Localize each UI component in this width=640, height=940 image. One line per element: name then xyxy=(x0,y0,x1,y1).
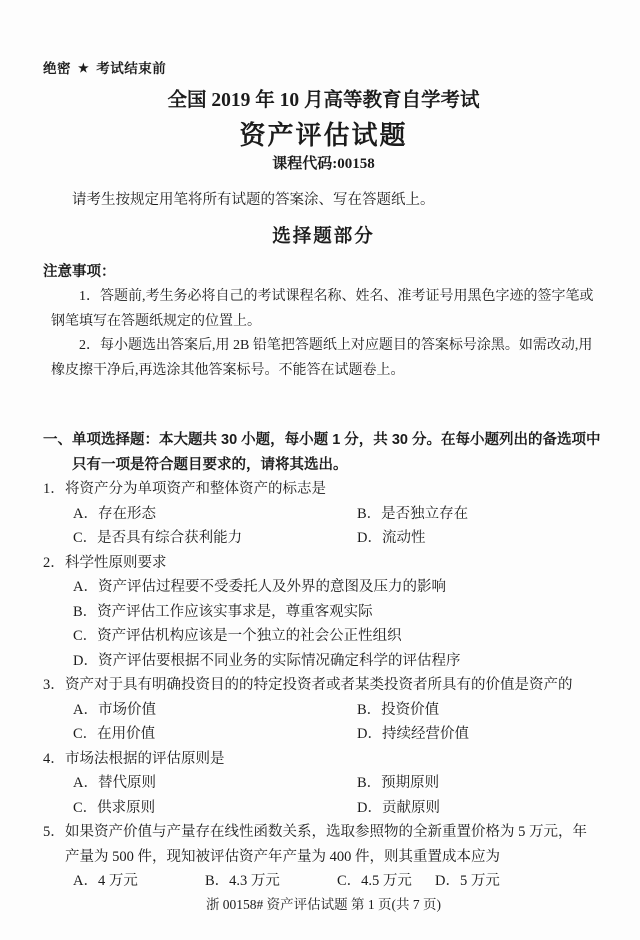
option-b: B．投资价值 xyxy=(357,698,604,723)
question-stem: 将资产分为单项资产和整体资产的标志是 xyxy=(65,477,604,502)
option-d: D．贡献原则 xyxy=(357,796,604,821)
section-part-title: 选择题部分 xyxy=(43,224,604,247)
question-stem-row: 5． 如果资产价值与产量存在线性函数关系，选取参照物的全新重置价格为 5 万元，… xyxy=(43,820,604,869)
option-a: A．4 万元 xyxy=(73,869,205,894)
question-number: 2． xyxy=(43,551,65,576)
option-b: B．4.3 万元 xyxy=(205,869,337,894)
question-stem: 科学性原则要求 xyxy=(65,551,604,576)
option-a: A．市场价值 xyxy=(73,698,357,723)
section-one-heading: 一、 单项选择题：本大题共 30 小题，每小题 1 分，共 30 分。在每小题列… xyxy=(43,428,604,477)
question-1: 1． 将资产分为单项资产和整体资产的标志是 A．存在形态 B．是否独立存在 C．… xyxy=(43,477,604,551)
options-grid: A．存在形态 B．是否独立存在 C．是否具有综合获利能力 D．流动性 xyxy=(73,502,604,551)
question-stem-row: 3． 资产对于具有明确投资目的的特定投资者或者某类投资者所具有的价值是资产的 xyxy=(43,673,604,698)
notice-title: 注意事项： xyxy=(43,262,604,283)
section-number: 一、 xyxy=(43,428,72,477)
question-stem-row: 1． 将资产分为单项资产和整体资产的标志是 xyxy=(43,477,604,502)
question-stem-row: 4． 市场法根据的评估原则是 xyxy=(43,747,604,772)
options-grid: A．替代原则 B．预期原则 C．供求原则 D．贡献原则 xyxy=(73,771,604,820)
notice-item-2: 2．每小题选出答案后,用 2B 铅笔把答题纸上对应题目的答案标号涂黑。如需改动,… xyxy=(51,334,604,383)
option-d: D．流动性 xyxy=(357,526,604,551)
question-number: 4． xyxy=(43,747,65,772)
question-number: 5． xyxy=(43,820,65,869)
classification-banner: 绝密★考试结束前 xyxy=(43,62,604,76)
option-d: D．持续经营价值 xyxy=(357,722,604,747)
option-a: A．存在形态 xyxy=(73,502,357,527)
options-grid: A．市场价值 B．投资价值 C．在用价值 D．持续经营价值 xyxy=(73,698,604,747)
question-2: 2． 科学性原则要求 A．资产评估过程要不受委托人及外界的意图及压力的影响 B．… xyxy=(43,551,604,674)
option-c: C．4.5 万元 xyxy=(337,869,435,894)
notice-item-1: 1．答题前,考生务必将自己的考试课程名称、姓名、准考证号用黑色字迹的签字笔或钢笔… xyxy=(51,285,604,334)
exam-session-title: 全国 2019 年 10 月高等教育自学考试 xyxy=(43,88,604,114)
question-number: 3． xyxy=(43,673,65,698)
page-footer: 浙 00158# 资产评估试题 第 1 页(共 7 页) xyxy=(43,896,604,914)
paper-title: 资产评估试题 xyxy=(43,118,604,152)
question-number: 1． xyxy=(43,477,65,502)
option-a: A．替代原则 xyxy=(73,771,357,796)
answer-instruction: 请考生按规定用笔将所有试题的答案涂、写在答题纸上。 xyxy=(43,190,604,211)
question-3: 3． 资产对于具有明确投资目的的特定投资者或者某类投资者所具有的价值是资产的 A… xyxy=(43,673,604,747)
question-4: 4． 市场法根据的评估原则是 A．替代原则 B．预期原则 C．供求原则 D．贡献… xyxy=(43,747,604,821)
star-icon: ★ xyxy=(71,61,96,75)
option-b: B．预期原则 xyxy=(357,771,604,796)
option-d: D．5 万元 xyxy=(435,869,604,894)
question-stem: 市场法根据的评估原则是 xyxy=(65,747,604,772)
option-a: A．资产评估过程要不受委托人及外界的意图及压力的影响 xyxy=(73,575,604,600)
option-b: B．是否独立存在 xyxy=(357,502,604,527)
option-b: B．资产评估工作应该实事求是，尊重客观实际 xyxy=(73,600,604,625)
course-code: 课程代码:00158 xyxy=(43,154,604,174)
exam-phase-label: 考试结束前 xyxy=(96,61,166,76)
question-stem: 如果资产价值与产量存在线性函数关系，选取参照物的全新重置价格为 5 万元，年产量… xyxy=(65,820,595,869)
section-heading-text: 单项选择题：本大题共 30 小题，每小题 1 分，共 30 分。在每小题列出的备… xyxy=(72,428,603,477)
classification-label: 绝密 xyxy=(43,61,71,76)
option-c: C．在用价值 xyxy=(73,722,357,747)
question-5: 5． 如果资产价值与产量存在线性函数关系，选取参照物的全新重置价格为 5 万元，… xyxy=(43,820,604,894)
option-c: C．供求原则 xyxy=(73,796,357,821)
question-stem: 资产对于具有明确投资目的的特定投资者或者某类投资者所具有的价值是资产的 xyxy=(65,673,604,698)
option-c: C．是否具有综合获利能力 xyxy=(73,526,357,551)
options-row: A．4 万元 B．4.3 万元 C．4.5 万元 D．5 万元 xyxy=(73,869,604,894)
question-stem-row: 2． 科学性原则要求 xyxy=(43,551,604,576)
option-d: D．资产评估要根据不同业务的实际情况确定科学的评估程序 xyxy=(73,649,604,674)
options-list: A．资产评估过程要不受委托人及外界的意图及压力的影响 B．资产评估工作应该实事求… xyxy=(73,575,604,673)
exam-paper-page: 绝密★考试结束前 全国 2019 年 10 月高等教育自学考试 资产评估试题 课… xyxy=(0,0,640,940)
option-c: C．资产评估机构应该是一个独立的社会公正性组织 xyxy=(73,624,604,649)
